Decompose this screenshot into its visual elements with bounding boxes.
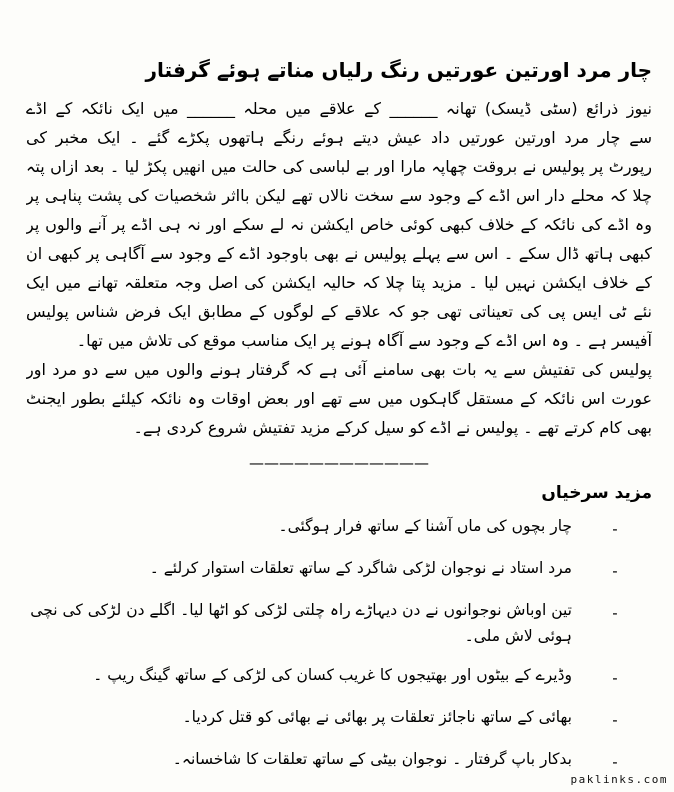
headline-item: - چار بچوں کی ماں آشنا کے ساتھ فرار ہوگئ… [26,513,622,542]
dash-bullet-marker: - [608,662,622,691]
headline-item: - بدکار باپ گرفتار ۔ نوجوان بیٹی کے ساتھ… [26,746,622,775]
body-line: پولیس کی تفتیش سے یہ بات بھی سامنے آئی ہ… [26,355,652,384]
dash-bullet-marker: - [608,704,622,733]
body-line: وہ اڈے کی نائکہ کے خلاف کبھی کوئی خاص ای… [26,210,652,239]
body-line: آفیسر ہے ۔ وہ اس اڈے کے وجود سے آگاہ ہون… [26,326,652,355]
headline-text: بدکار باپ گرفتار ۔ نوجوان بیٹی کے ساتھ ت… [26,746,572,772]
headline-item: - وڈیرے کے بیٹوں اور بھتیجوں کا غریب کسا… [26,662,622,691]
dash-bullet-marker: - [608,555,622,584]
body-line: بھی کام کرتے تھے ۔ پولیس نے اڈے کو سیل ک… [26,413,652,442]
dash-bullet-marker: - [608,513,622,542]
dash-bullet-marker: - [608,597,622,626]
body-line: نیوز ذرائع (سٹی ڈیسک) تھانہ ______ کے عل… [26,94,652,123]
document-page: چار مرد اورتین عورتیں رنگ رلیاں مناتے ہو… [0,0,674,792]
headline-item: - بھائی کے ساتھ ناجائز تعلقات پر بھائی ن… [26,704,622,733]
headline-item: - تین اوباش نوجوانوں نے دن دیہاڑے راہ چل… [26,597,622,649]
body-line: سے چار مرد اورتین عورتیں داد عیش دیتے ہو… [26,123,652,152]
body-line: کبھی ہاتھ ڈال سکے ۔ اس سے پہلے پولیس نے … [26,239,652,268]
article-headline: چار مرد اورتین عورتیں رنگ رلیاں مناتے ہو… [26,52,652,88]
body-line: عورت اس نائکہ کے مستقل گاہکوں میں سے تھے… [26,384,652,413]
dash-bullet-marker: - [608,746,622,775]
headline-text: بھائی کے ساتھ ناجائز تعلقات پر بھائی نے … [26,704,572,730]
body-line: چلا کہ محلے دار اس اڈے کے وجود سے سخت نا… [26,181,652,210]
headlines-list: - چار بچوں کی ماں آشنا کے ساتھ فرار ہوگئ… [26,513,652,775]
body-line: رپورٹ پر پولیس نے بروقت چھاپہ مارا اور ب… [26,152,652,181]
more-headlines-heading: مزید سرخیاں [26,480,652,506]
watermark: paklinks.com [571,773,668,786]
headline-text: تین اوباش نوجوانوں نے دن دیہاڑے راہ چلتی… [26,597,572,649]
body-line: نئے ٹی ایس پی کی تعیناتی تھی جو کہ علاقے… [26,297,652,326]
body-line: کے خلاف ایکشن نہیں لیا ۔ مزید پتا چلا کہ… [26,268,652,297]
headline-item: - مرد استاد نے نوجوان لڑکی شاگرد کے ساتھ… [26,555,622,584]
headline-text: مرد استاد نے نوجوان لڑکی شاگرد کے ساتھ ت… [26,555,572,581]
article-body-paragraph-2: پولیس کی تفتیش سے یہ بات بھی سامنے آئی ہ… [26,355,652,442]
headline-text: وڈیرے کے بیٹوں اور بھتیجوں کا غریب کسان … [26,662,572,688]
headline-text: چار بچوں کی ماں آشنا کے ساتھ فرار ہوگئی۔ [26,513,572,539]
section-separator: ———————————— [26,455,652,471]
article: چار مرد اورتین عورتیں رنگ رلیاں مناتے ہو… [0,52,674,775]
article-body-paragraph-1: نیوز ذرائع (سٹی ڈیسک) تھانہ ______ کے عل… [26,94,652,355]
